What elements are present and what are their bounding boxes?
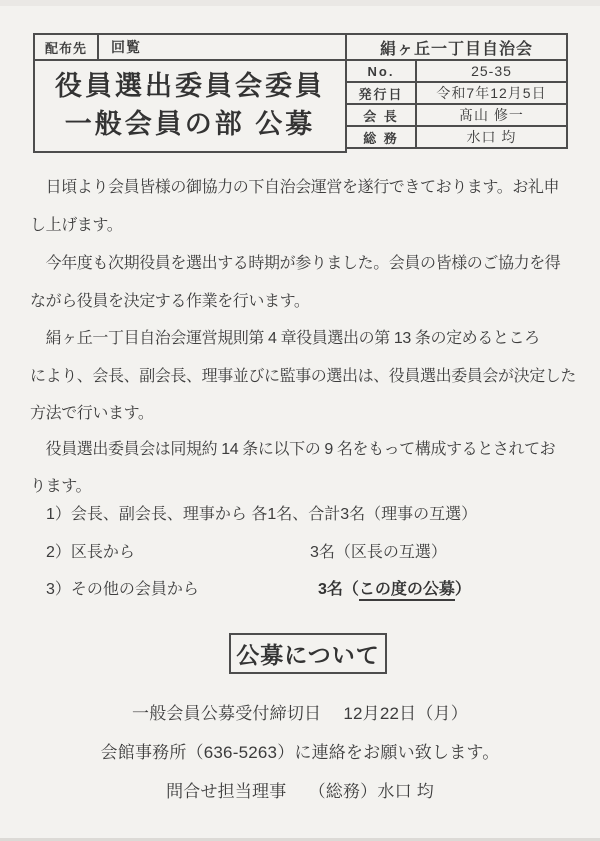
distribution-value: 回覧 <box>99 35 345 59</box>
notice-title-line1: 役員選出委員会委員 <box>55 72 325 102</box>
body-line: 絹ヶ丘一丁目自治会運営規則第 4 章役員選出の第 13 条の定めるところ <box>30 329 540 349</box>
scan-edge-top <box>0 0 600 6</box>
info-label-issue-date: 発行日 <box>347 83 417 103</box>
body-line: ながら役員を決定する作業を行います。 <box>30 292 310 312</box>
info-row-issue-date: 発行日 令和7年12月5日 <box>345 81 568 105</box>
body-line: 今年度も次期役員を選出する時期が参りました。会員の皆様のご協力を得 <box>30 254 560 274</box>
header-distribution-row: 配布先 回覧 <box>33 33 347 61</box>
info-label-chairman: 会 長 <box>347 105 417 125</box>
notice-title-line2: 一般会員の部 公募 <box>65 110 316 140</box>
info-label-general-affairs: 総 務 <box>347 127 417 147</box>
application-deadline-line: 一般会員公募受付締切日 12月22日（月） <box>0 699 600 724</box>
info-row-chairman: 会 長 髙山 修一 <box>345 103 568 127</box>
list-item-2-label: 2）区長から <box>46 539 135 562</box>
body-line: ります。 <box>30 477 91 497</box>
list-item-3-value-suffix: ） <box>455 581 471 598</box>
list-item-3-value: 3名（この度の公募） <box>318 576 471 599</box>
info-value-issue-date: 令和7年12月5日 <box>417 83 566 103</box>
notice-title-box: 役員選出委員会委員 一般会員の部 公募 <box>33 59 347 153</box>
list-item-3-value-prefix: 3名（ <box>318 581 359 598</box>
list-item-2-value: 3名（区長の互選） <box>310 539 447 562</box>
body-line: により、会長、副会長、理事並びに監事の選出は、役員選出委員会が決定した <box>30 367 576 387</box>
info-row-number: No. 25-35 <box>345 59 568 83</box>
list-item-3-label: 3）その他の会員から <box>46 576 199 599</box>
contact-office-line: 会館事務所（636-5263）に連絡をお願い致します。 <box>0 738 600 763</box>
inquiry-person-line: 問合せ担当理事 （総務）水口 均 <box>0 777 600 802</box>
info-value-chairman: 髙山 修一 <box>417 105 566 125</box>
body-line: 役員選出委員会は同規約 14 条に以下の 9 名をもって構成するとされてお <box>30 440 555 460</box>
info-row-general-affairs: 総 務 水口 均 <box>345 125 568 149</box>
scanned-notice-document: 配布先 回覧 役員選出委員会委員 一般会員の部 公募 絹ヶ丘一丁目自治会 No.… <box>0 0 600 841</box>
body-line: 日頃より会員皆様の御協力の下自治会運営を遂行できております。お礼申 <box>30 178 559 198</box>
info-value-no: 25-35 <box>417 61 566 81</box>
info-value-general-affairs: 水口 均 <box>417 127 566 147</box>
announcement-heading-box: 公募について <box>229 633 387 674</box>
distribution-label: 配布先 <box>35 35 99 59</box>
body-line: 方法で行います。 <box>30 404 154 424</box>
list-item-3-underlined-text: この度の公募 <box>359 581 455 601</box>
body-line: し上げます。 <box>30 216 122 236</box>
info-label-no: No. <box>347 61 417 81</box>
organization-name: 絹ヶ丘一丁目自治会 <box>345 33 568 61</box>
list-item-1: 1）会長、副会長、理事から 各1名、合計3名（理事の互選） <box>46 501 477 524</box>
